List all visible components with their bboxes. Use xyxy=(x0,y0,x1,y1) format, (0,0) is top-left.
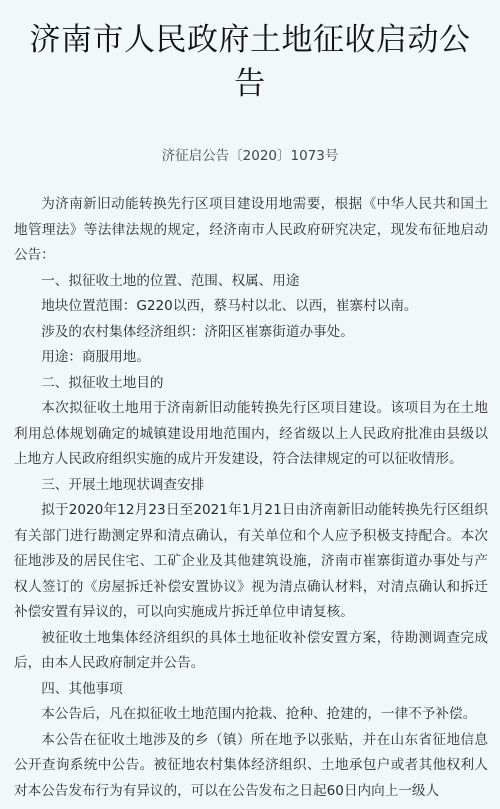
publication-paragraph: 本公告在征收土地涉及的乡（镇）所在地予以张贴，并在山东省征地信息公开查询系统中公… xyxy=(14,728,488,805)
announcement-page: 济南市人民政府土地征收启动公告 济征启公告〔2020〕1073号 为济南新旧动能… xyxy=(0,0,500,809)
section-heading-4: 四、其他事项 xyxy=(14,677,488,703)
location-paragraph: 地块位置范围：G220以西，蔡马村以北、以西，崔寨村以南。 xyxy=(14,294,488,320)
section-heading-3: 三、开展土地现状调查安排 xyxy=(14,473,488,499)
document-number: 济征启公告〔2020〕1073号 xyxy=(0,144,500,164)
collective-org-paragraph: 涉及的农村集体经济组织：济阳区崔寨街道办事处。 xyxy=(14,320,488,346)
survey-paragraph: 拟于2020年12月23日至2021年1月21日由济南新旧动能转换先行区组织有关… xyxy=(14,498,488,626)
page-title: 济南市人民政府土地征收启动公告 xyxy=(0,0,500,106)
purpose-paragraph: 本次拟征收土地用于济南新旧动能转换先行区项目建设。该项目为在土地利用总体规划确定… xyxy=(14,396,488,473)
no-compensation-paragraph: 本公告后，凡在拟征收土地范围内抢栽、抢种、抢建的，一律不予补偿。 xyxy=(14,702,488,728)
section-heading-2: 二、拟征收土地目的 xyxy=(14,371,488,397)
compensation-paragraph: 被征收土地集体经济组织的具体土地征收补偿安置方案，待勘测调查完成后，由本人民政府… xyxy=(14,626,488,677)
intro-paragraph: 为济南新旧动能转换先行区项目建设用地需要，根据《中华人民共和国土地管理法》等法律… xyxy=(14,192,488,269)
usage-paragraph: 用途：商服用地。 xyxy=(14,345,488,371)
announcement-body: 为济南新旧动能转换先行区项目建设用地需要，根据《中华人民共和国土地管理法》等法律… xyxy=(0,192,500,804)
section-heading-1: 一、拟征收土地的位置、范围、权属、用途 xyxy=(14,269,488,295)
